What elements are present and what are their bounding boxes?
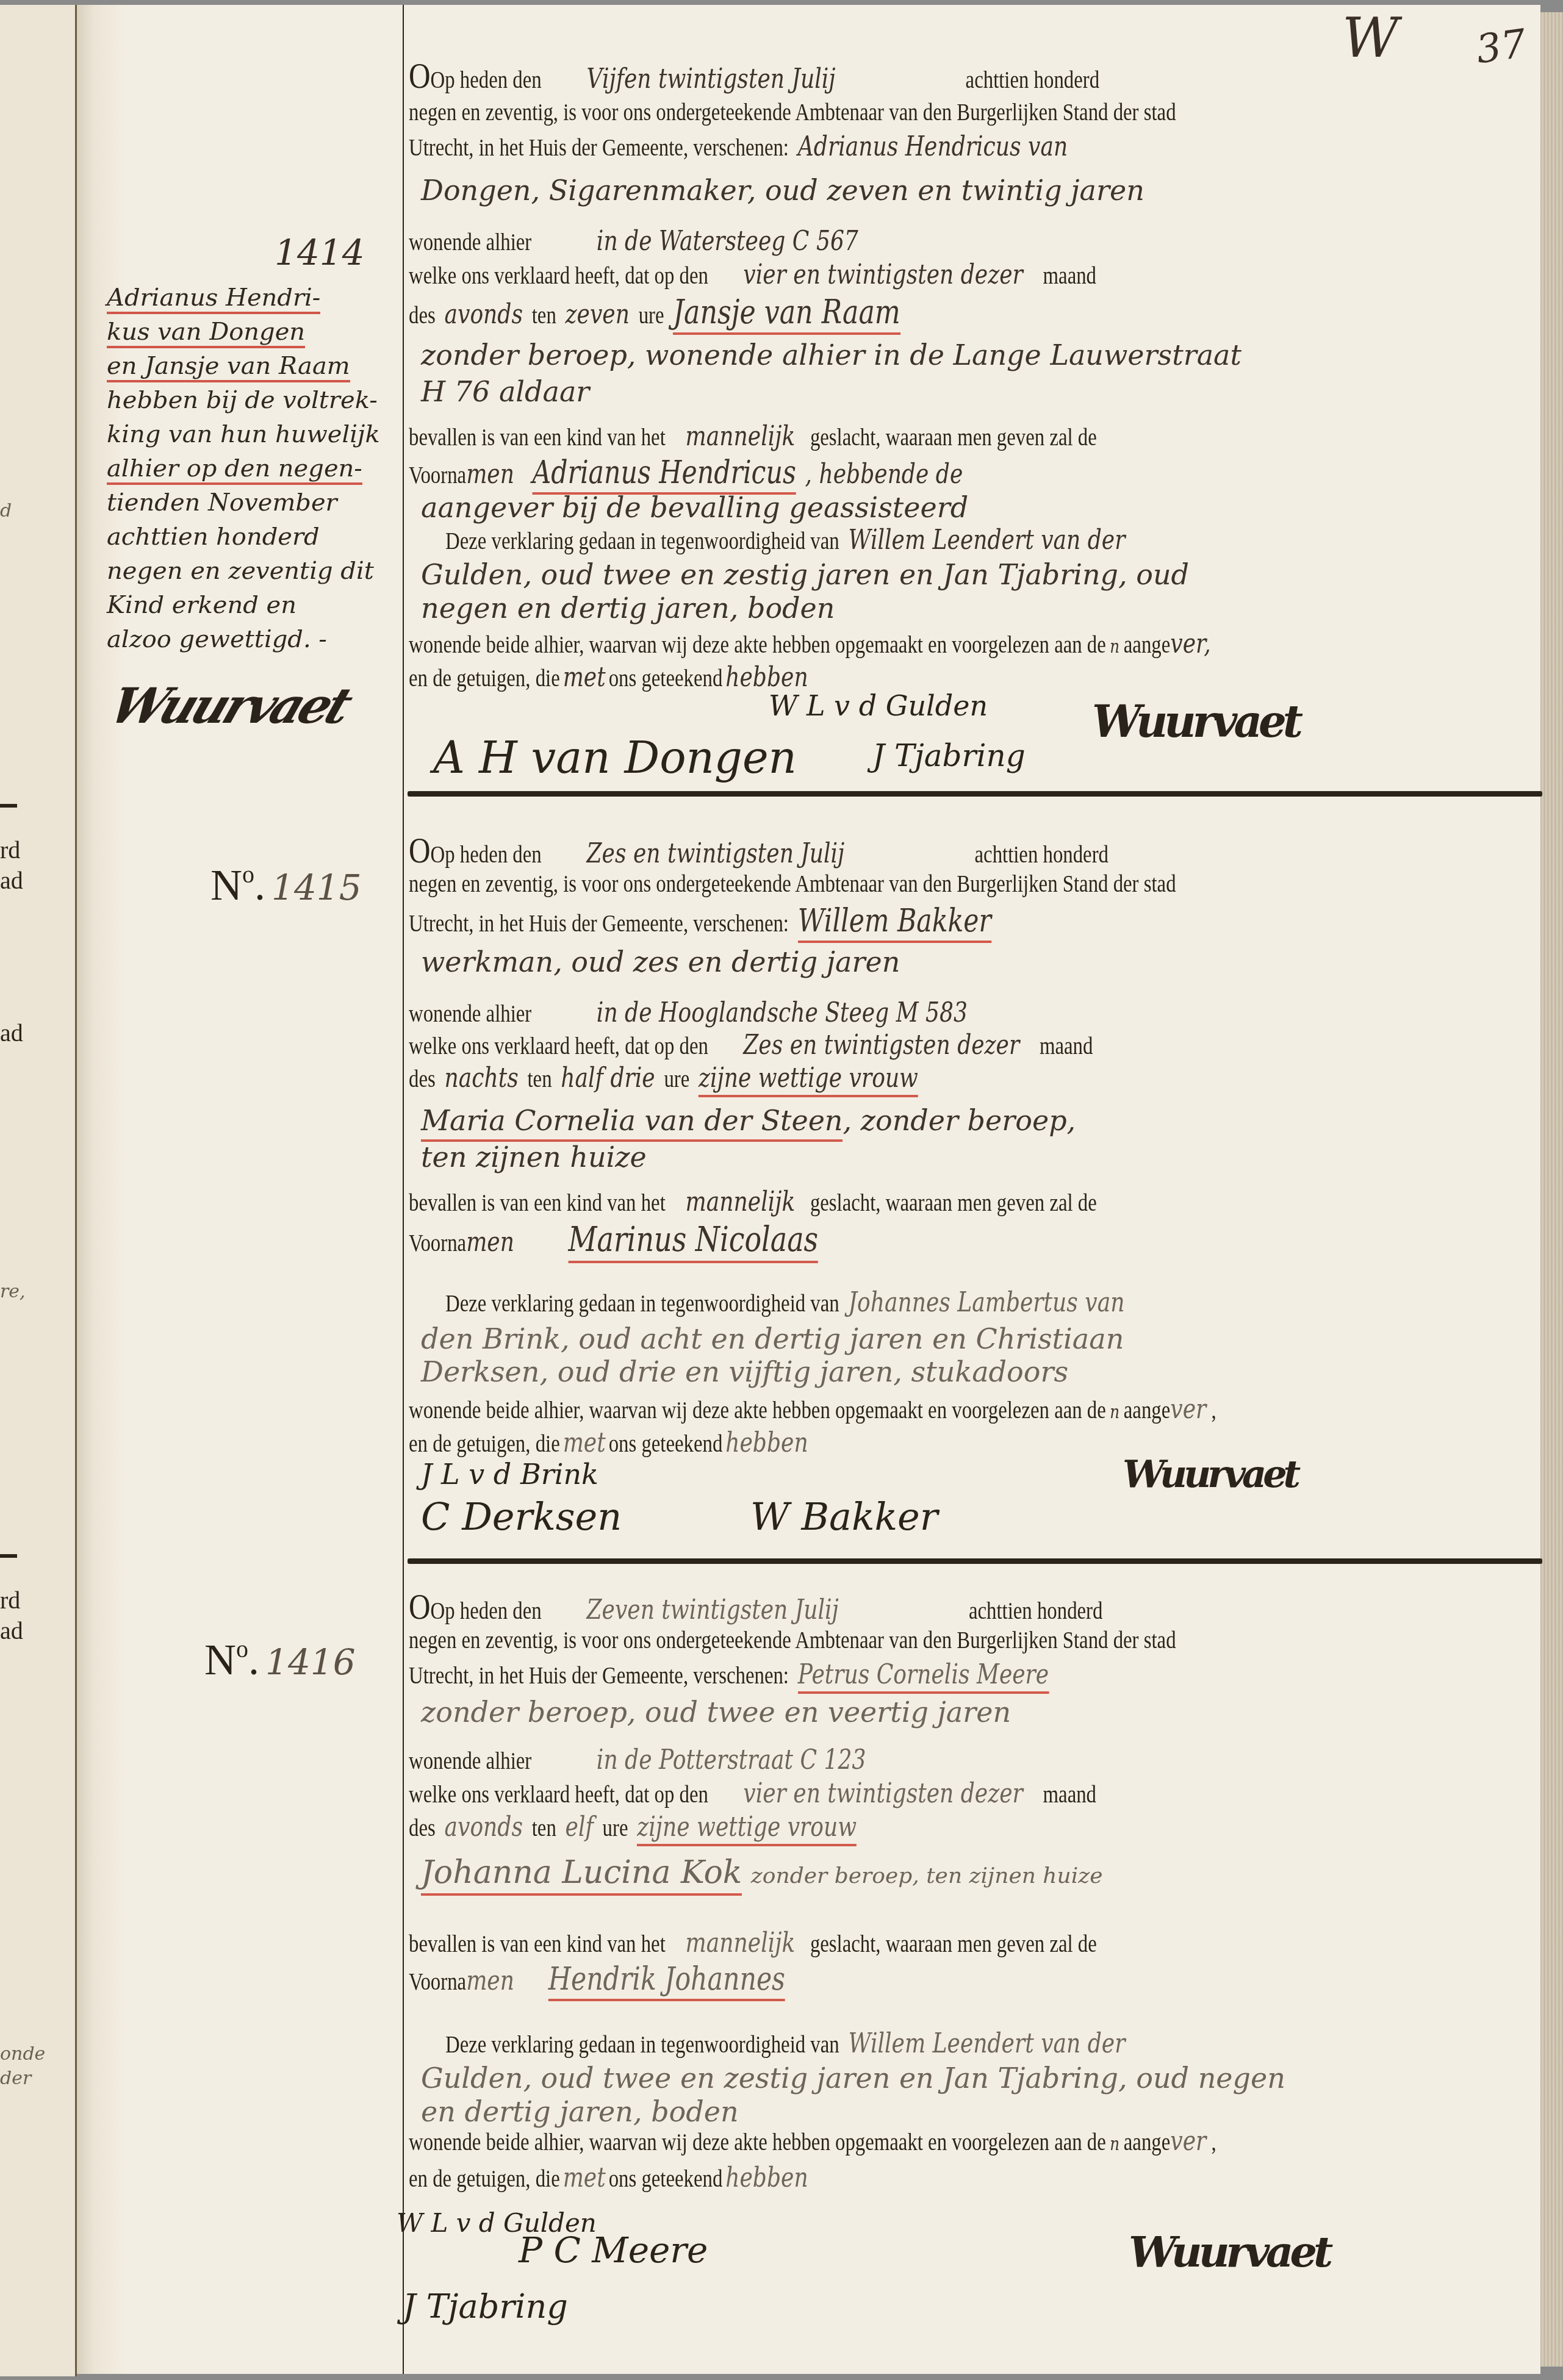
form-line-3: Utrecht, in het Huis der Gemeente, versc… xyxy=(409,1659,1058,1690)
act-divider xyxy=(408,791,1542,797)
witness-names: Willem Leendert van der xyxy=(848,2028,1125,2059)
act-number: 1415 xyxy=(271,867,362,908)
declarant-details: Dongen, Sigarenmaker, oud zeven en twint… xyxy=(421,174,1144,207)
left-handwriting: der xyxy=(0,2068,31,2089)
time-of-day: avonds xyxy=(444,299,522,330)
declarant-name: Petrus Cornelis Meere xyxy=(798,1659,1049,1694)
form-line-declared: welke ons verklaard heeft, dat op denvie… xyxy=(409,1778,1096,1809)
margin-note-line: Adrianus Hendri- xyxy=(107,284,320,314)
sex-entry: mannelijk xyxy=(686,1186,796,1217)
witness-details: en dertig jaren, boden xyxy=(421,2095,739,2128)
birth-day-entry: Zes en twintigsten dezer xyxy=(743,1030,1019,1061)
signature-father: P C Meere xyxy=(519,2229,708,2271)
margin-note-line: achttien honderd xyxy=(107,520,393,554)
margin-note-line: tienden November xyxy=(107,486,393,520)
form-line-date: OOp heden denZes en twintigsten Julijach… xyxy=(409,830,1108,872)
form-line-sex: bevallen is van een kind van hetmannelij… xyxy=(409,1186,1097,1217)
declarant-name: Adrianus Hendricus van xyxy=(798,131,1068,162)
left-divider xyxy=(0,804,17,808)
margin-note-line: hebben bij de voltrek- xyxy=(107,383,393,417)
signature-father: W Bakker xyxy=(750,1494,938,1539)
declarant-details: werkman, oud zes en dertig jaren xyxy=(421,945,900,978)
hour-entry: elf xyxy=(566,1812,594,1843)
form-line-time: desavondstenzevenureJansje van Raam xyxy=(409,293,910,331)
signature-clerk: Wuurvaet xyxy=(1129,2226,1329,2277)
mother-line: Johanna Lucina Kok zonder beroep, ten zi… xyxy=(421,1854,1102,1891)
residence-entry: in de Watersteeg C 567 xyxy=(597,226,858,257)
margin-note-line: alzoo gewettigd. - xyxy=(107,622,393,656)
form-line-names: VoornamenHendrik Johannes xyxy=(409,1961,794,1998)
form-line-residence: wonende alhierin de Potterstraat C 123 xyxy=(409,1744,875,1776)
form-line-names: VoornamenAdrianus Hendricus, hebbende de xyxy=(409,454,972,491)
birth-day-entry: vier en twintigsten dezer xyxy=(743,1778,1022,1809)
mother-address: H 76 aldaar xyxy=(421,375,589,408)
form-line-beide: wonende beide alhier, waarvan wij deze a… xyxy=(409,1394,1216,1425)
form-line-beide: wonende beide alhier, waarvan wij deze a… xyxy=(409,628,1211,659)
left-handwriting: onde xyxy=(0,2043,45,2065)
hour-entry: half drie xyxy=(561,1063,655,1094)
form-line-2: negen en zeventig, is voor ons ondergete… xyxy=(409,869,1176,898)
left-divider xyxy=(0,1554,17,1558)
witness-names: Willem Leendert van der xyxy=(848,525,1125,556)
form-line-time: desavondstenelfurezijne wettige vrouw xyxy=(409,1812,866,1843)
form-line-3: Utrecht, in het Huis der Gemeente, versc… xyxy=(409,903,1001,939)
margin-rule xyxy=(403,5,404,2374)
assist-note: aangever bij de bevalling geassisteerd xyxy=(421,491,968,524)
witness-details: Derksen, oud drie en vijftig jaren, stuk… xyxy=(421,1355,1068,1388)
left-fragment: rd xyxy=(0,836,20,864)
mother-name: Maria Cornelia van der Steen xyxy=(421,1104,843,1142)
book-gutter xyxy=(75,5,77,2376)
date-entry: Zeven twintigsten Julij xyxy=(587,1594,839,1625)
mother-name: Johanna Lucina Kok xyxy=(421,1854,742,1896)
left-handwriting: re, xyxy=(0,1281,26,1302)
left-fragment: ad xyxy=(0,1019,23,1047)
signature-witness: C Derksen xyxy=(421,1494,622,1539)
mother-details: zonder beroep, wonende alhier in de Lang… xyxy=(421,339,1241,371)
form-line-witnesses: Deze verklaring gedaan in tegenwoordighe… xyxy=(445,2028,1134,2059)
form-line-2: negen en zeventig, is voor ons ondergete… xyxy=(409,1625,1176,1654)
signature-father: A H van Dongen xyxy=(433,732,797,783)
form-line-residence: wonende alhierin de Watersteeg C 567 xyxy=(409,226,868,257)
witness-names: Johannes Lambertus van xyxy=(848,1287,1124,1318)
child-names: Hendrik Johannes xyxy=(548,1961,785,2001)
witness-details: Gulden, oud twee en zestig jaren en Jan … xyxy=(421,558,1189,591)
declarant-details: zonder beroep, oud twee en veertig jaren xyxy=(421,1696,1011,1729)
form-line-date: OOp heden denVijfen twintigsten Julijach… xyxy=(409,55,1099,97)
mother-address: ten zijnen huize xyxy=(421,1141,647,1174)
margin-note-line: en Jansje van Raam xyxy=(107,352,350,382)
form-line-names: VoornamenMarinus Nicolaas xyxy=(409,1220,827,1260)
witness-details: negen en dertig jaren, boden xyxy=(421,592,835,625)
left-fragment: rd xyxy=(0,1586,20,1615)
signature-clerk: Wuurvaet xyxy=(1123,1452,1297,1496)
signature-witness: J Tjabring xyxy=(872,738,1026,773)
signature-witness: J L v d Brink xyxy=(421,1458,598,1491)
mother-relation: zijne wettige vrouw xyxy=(699,1063,918,1097)
left-handwriting: d xyxy=(0,500,12,522)
child-names: Marinus Nicolaas xyxy=(569,1220,819,1263)
form-line-witnesses: Deze verklaring gedaan in tegenwoordighe… xyxy=(445,525,1134,556)
signature-clerk: Wuurvaet xyxy=(1092,695,1299,747)
residence-entry: in de Potterstraat C 123 xyxy=(597,1744,866,1776)
left-fragment: ad xyxy=(0,866,23,895)
sex-entry: mannelijk xyxy=(686,1927,796,1959)
page-stack-edge xyxy=(1540,12,1563,2367)
form-line-declared: welke ons verklaard heeft, dat op denZes… xyxy=(409,1030,1093,1061)
act-number-label: No.1416 xyxy=(204,1635,356,1685)
form-line-3: Utrecht, in het Huis der Gemeente, versc… xyxy=(409,131,1077,162)
page-number: 37 xyxy=(1473,21,1529,73)
form-line-sex: bevallen is van een kind van hetmannelij… xyxy=(409,421,1097,452)
date-entry: Vijfen twintigsten Julij xyxy=(587,63,836,95)
margin-note-line: kus van Dongen xyxy=(107,318,305,348)
witness-details: Gulden, oud twee en zestig jaren en Jan … xyxy=(421,2062,1285,2095)
hour-entry: zeven xyxy=(566,299,630,330)
form-line-getuigen: en de getuigen, diemetons geteekendhebbe… xyxy=(409,1427,817,1458)
margin-act-number: 1414 xyxy=(275,232,365,273)
form-line-getuigen: en de getuigen, diemetons geteekendhebbe… xyxy=(409,2162,817,2193)
form-line-witnesses: Deze verklaring gedaan in tegenwoordighe… xyxy=(445,1287,1134,1318)
child-names: Adrianus Hendricus xyxy=(532,454,796,495)
time-of-day: nachts xyxy=(444,1063,518,1094)
sex-entry: mannelijk xyxy=(686,421,796,452)
birth-day-entry: vier en twintigsten dezer xyxy=(743,259,1022,290)
left-page xyxy=(0,5,76,2376)
form-line-time: desnachtstenhalf drieurezijne wettige vr… xyxy=(409,1063,927,1094)
signature-witness: J Tjabring xyxy=(403,2287,568,2326)
time-of-day: avonds xyxy=(444,1812,522,1843)
form-line-2: negen en zeventig, is voor ons ondergete… xyxy=(409,98,1176,126)
form-line-beide: wonende beide alhier, waarvan wij deze a… xyxy=(409,2126,1216,2157)
form-line-date: OOp heden denZeven twintigsten Julijacht… xyxy=(409,1586,1102,1628)
margin-signature: Wuurvaet xyxy=(102,677,357,734)
margin-note-line: negen en zeventig dit xyxy=(107,554,393,588)
date-entry: Zes en twintigsten Julij xyxy=(587,838,845,869)
mother-name: Jansje van Raam xyxy=(673,293,900,335)
margin-annotation: Adrianus Hendri- kus van Dongen en Jansj… xyxy=(107,281,393,656)
declarant-name: Willem Bakker xyxy=(798,903,991,943)
form-line-getuigen: en de getuigen, diemetons geteekendhebbe… xyxy=(409,662,817,693)
page-mark: W xyxy=(1342,6,1399,70)
witness-details: den Brink, oud acht en dertig jaren en C… xyxy=(421,1322,1124,1355)
margin-note-line: Kind erkend en xyxy=(107,588,393,622)
residence-entry: in de Hooglandsche Steeg M 583 xyxy=(597,997,968,1028)
signature-witness: W L v d Gulden xyxy=(769,689,988,722)
form-line-residence: wonende alhierin de Hooglandsche Steeg M… xyxy=(409,997,977,1028)
margin-note-line: alhier op den negen- xyxy=(107,454,362,485)
left-fragment: ad xyxy=(0,1616,23,1645)
form-line-declared: welke ons verklaard heeft, dat op denvie… xyxy=(409,259,1096,290)
mother-relation: zijne wettige vrouw xyxy=(637,1812,857,1846)
act-number-label: No.1415 xyxy=(210,860,362,911)
form-line-sex: bevallen is van een kind van hetmannelij… xyxy=(409,1927,1097,1959)
margin-note-line: king van hun huwelijk xyxy=(107,417,393,451)
mother-line: Maria Cornelia van der Steen, zonder ber… xyxy=(421,1104,1076,1137)
act-number: 1416 xyxy=(265,1641,356,1683)
act-divider xyxy=(408,1558,1542,1564)
